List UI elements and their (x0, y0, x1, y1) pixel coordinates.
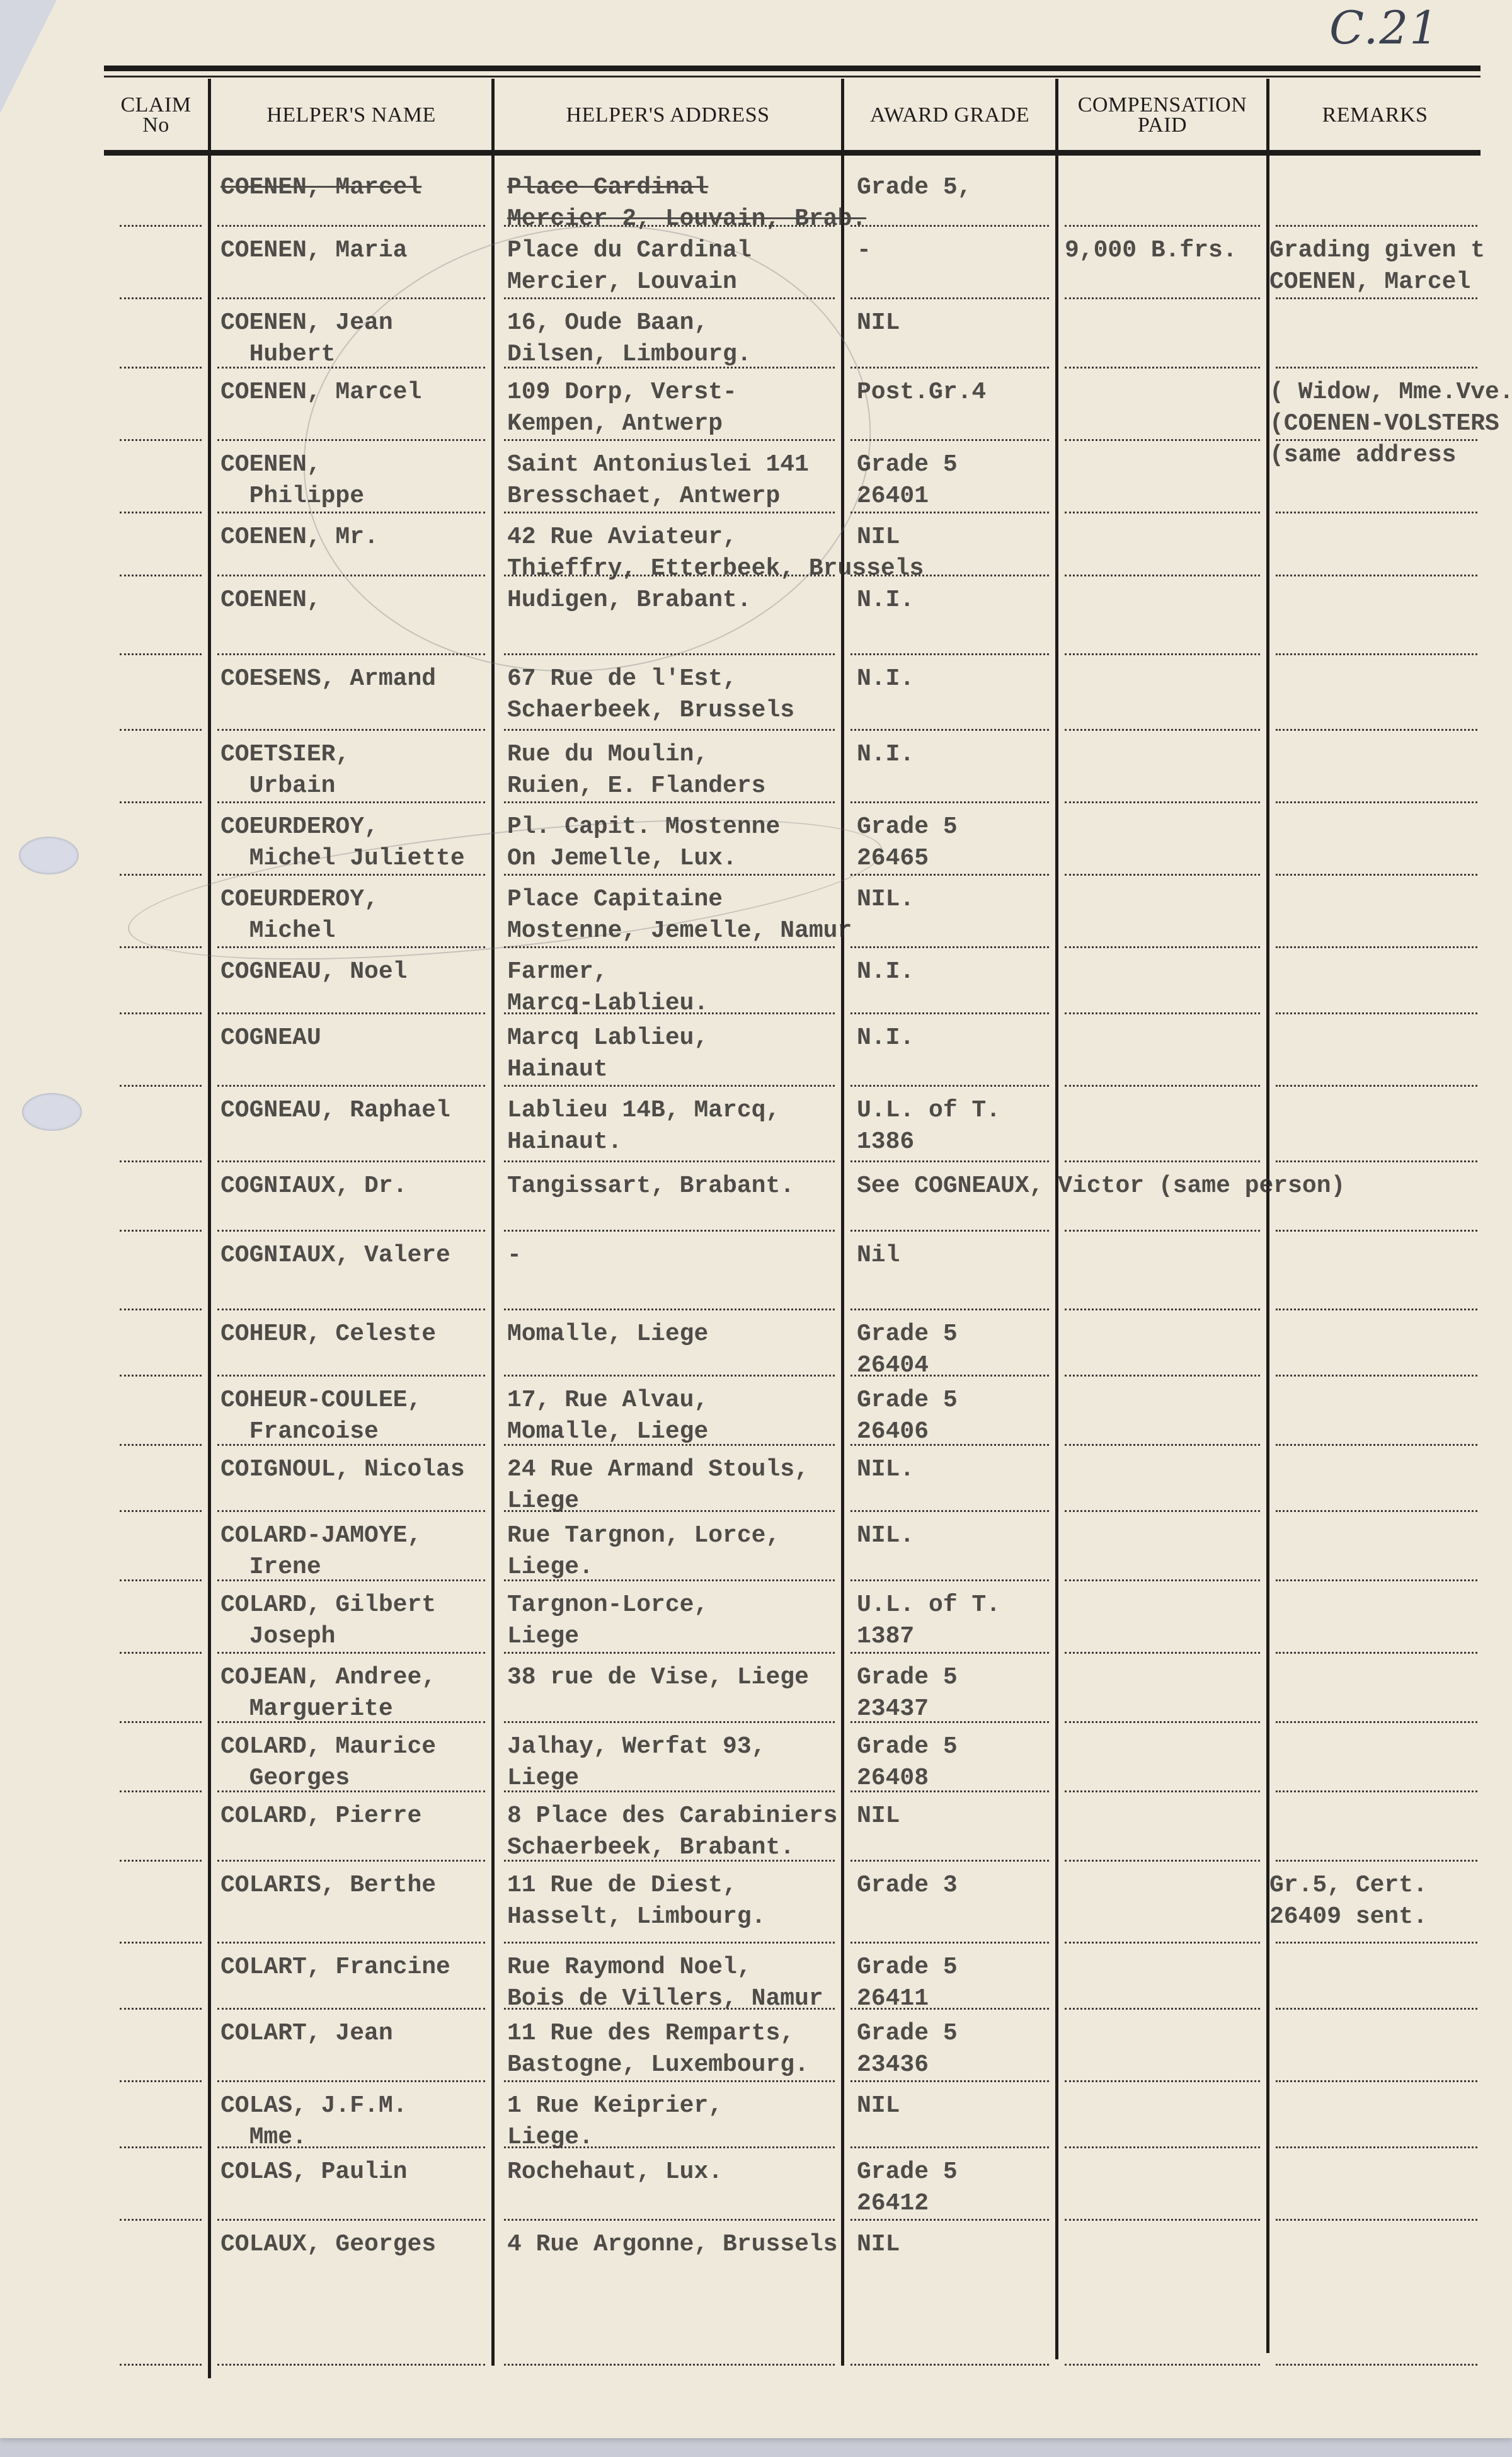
row-separator (120, 1012, 202, 1014)
row-separator (504, 297, 835, 299)
row-separator (1276, 1860, 1477, 1862)
row-separator (217, 575, 485, 576)
punch-hole (19, 837, 79, 874)
row-separator (504, 1160, 835, 1162)
row-separator (120, 1309, 202, 1310)
row-separator (217, 1860, 485, 1862)
cell-award: NIL (857, 2229, 900, 2260)
row-separator (504, 1721, 835, 1723)
row-separator (1276, 1444, 1477, 1446)
cell-award: Post.Gr.4 (857, 377, 986, 408)
cell-name: COLARIS, Berthe (220, 1870, 436, 1901)
row-separator (217, 874, 485, 876)
cell-award: NIL. (857, 884, 914, 915)
row-separator (120, 367, 202, 369)
cell-award: Grade 5 26406 (857, 1385, 958, 1448)
row-separator (504, 1444, 835, 1446)
row-separator (217, 801, 485, 803)
cell-remarks: Grading given t COENEN, Marcel (1269, 235, 1485, 298)
row-separator (120, 2364, 202, 2366)
cell-award: NIL (857, 1801, 900, 1832)
row-separator (120, 1160, 202, 1162)
row-separator (120, 874, 202, 876)
row-separator (120, 801, 202, 803)
cell-name: COLARD-JAMOYE, Irene (220, 1520, 421, 1583)
row-separator (504, 1012, 835, 1014)
row-separator (217, 1721, 485, 1723)
row-separator (850, 1012, 1049, 1014)
row-separator (850, 1085, 1049, 1087)
row-separator (850, 367, 1049, 369)
cell-name: COETSIER, Urbain (220, 739, 350, 802)
row-separator (217, 1579, 485, 1581)
cell-award: NIL (857, 307, 900, 339)
row-separator (120, 1721, 202, 1723)
row-separator (217, 1230, 485, 1232)
cell-award: - (857, 235, 871, 266)
row-separator (120, 439, 202, 441)
cell-name: COENEN, Philippe (220, 449, 364, 512)
row-separator (1065, 1942, 1260, 1944)
row-separator (504, 1790, 835, 1792)
cell-name: COLARD, Pierre (220, 1801, 421, 1832)
row-separator (1276, 1790, 1477, 1792)
row-separator (1065, 1790, 1260, 1792)
row-separator (217, 2008, 485, 2010)
row-separator (1065, 1652, 1260, 1654)
row-separator (504, 801, 835, 803)
row-separator (504, 1579, 835, 1581)
cell-name: COEURDEROY, Michel (220, 884, 379, 947)
row-separator (1276, 439, 1477, 441)
row-separator (1065, 874, 1260, 876)
cell-address: Rue du Moulin, Ruien, E. Flanders (507, 739, 765, 802)
row-separator (504, 225, 835, 227)
cell-award: N.I. (857, 956, 914, 988)
row-separator (1276, 874, 1477, 876)
page-reference: C.21 (1329, 1, 1440, 54)
row-separator (504, 575, 835, 576)
cell-name: COHEUR-COULEE, Francoise (220, 1385, 421, 1448)
row-separator (120, 1652, 202, 1654)
row-separator (120, 2219, 202, 2221)
row-separator (850, 1444, 1049, 1446)
row-separator (217, 225, 485, 227)
row-separator (1065, 2008, 1260, 2010)
row-separator (850, 653, 1049, 655)
row-separator (1065, 1721, 1260, 1723)
cell-address: Hudigen, Brabant. (507, 585, 752, 616)
row-separator (217, 2146, 485, 2148)
column-header-helper-address: HELPER'S ADDRESS (495, 82, 841, 148)
cell-address: 1 Rue Keiprier, Liege. (507, 2090, 723, 2153)
row-separator (1065, 2146, 1260, 2148)
cell-address: Place Capitaine Mostenne, Jemelle, Namur (507, 884, 852, 947)
row-separator (1276, 2364, 1477, 2366)
row-separator (1065, 439, 1260, 441)
cell-name: COLAUX, Georges (220, 2229, 436, 2260)
row-separator (120, 225, 202, 227)
cell-name: COLAS, J.F.M. Mme. (220, 2090, 407, 2153)
row-separator (217, 439, 485, 441)
row-separator (850, 575, 1049, 576)
cell-address: Rochehaut, Lux. (507, 2156, 723, 2188)
header-top-rule (104, 66, 1480, 71)
row-separator (1276, 297, 1477, 299)
row-separator (1065, 1085, 1260, 1087)
row-separator (1276, 1579, 1477, 1581)
column-header-claim-no: CLAIM No (104, 82, 208, 148)
cell-remarks: Gr.5, Cert. 26409 sent. (1269, 1870, 1428, 1933)
cell-address: Targnon-Lorce, Liege (507, 1589, 708, 1652)
row-separator (850, 1721, 1049, 1723)
row-separator (504, 512, 835, 513)
row-separator (1065, 2364, 1260, 2366)
row-separator (850, 1579, 1049, 1581)
row-separator (217, 1160, 485, 1162)
row-separator (850, 225, 1049, 227)
cell-name: COGNIAUX, Dr. (220, 1171, 407, 1202)
cell-name: COENEN, Mr. (220, 522, 379, 553)
row-separator (1065, 1375, 1260, 1377)
row-separator (1276, 512, 1477, 513)
row-separator (850, 1230, 1049, 1232)
row-separator (1276, 225, 1477, 227)
row-separator (850, 2080, 1049, 2082)
row-separator (120, 1860, 202, 1862)
row-separator (1276, 575, 1477, 576)
cell-address: Jalhay, Werfat 93, Liege (507, 1731, 765, 1794)
row-separator (1276, 653, 1477, 655)
cell-address: 11 Rue des Remparts, Bastogne, Luxembour… (507, 2018, 809, 2081)
row-separator (217, 2080, 485, 2082)
cell-address: Place du Cardinal Mercier, Louvain (507, 235, 752, 298)
row-separator (504, 1652, 835, 1654)
row-separator (850, 439, 1049, 441)
column-divider (1055, 79, 1058, 2359)
row-separator (504, 367, 835, 369)
row-separator (850, 729, 1049, 731)
cell-name: COHEUR, Celeste (220, 1319, 436, 1350)
row-separator (850, 297, 1049, 299)
row-separator (504, 1375, 835, 1377)
row-separator (1065, 512, 1260, 513)
column-header-compensation-paid: COMPENSATION PAID (1058, 82, 1266, 148)
row-separator (504, 1510, 835, 1512)
cell-address: Farmer, Marcq-Lablieu. (507, 956, 708, 1019)
row-separator (217, 1444, 485, 1446)
row-separator (120, 575, 202, 576)
row-separator (217, 367, 485, 369)
cell-award: N.I. (857, 585, 914, 616)
cell-name: COJEAN, Andree, Marguerite (220, 1662, 436, 1725)
cell-address: 8 Place des Carabiniers Schaerbeek, Brab… (507, 1801, 838, 1864)
cell-award: Grade 5 26408 (857, 1731, 958, 1794)
column-header-helper-name: HELPER'S NAME (211, 82, 491, 148)
row-separator (1276, 367, 1477, 369)
row-separator (850, 946, 1049, 948)
cell-name: COENEN, (220, 585, 321, 616)
cell-name: COENEN, Maria (220, 235, 407, 266)
header-bottom-rule (104, 150, 1480, 156)
row-separator (1276, 1652, 1477, 1654)
row-separator (504, 729, 835, 731)
row-separator (217, 1085, 485, 1087)
cell-award: N.I. (857, 1022, 914, 1054)
row-separator (1276, 1160, 1477, 1162)
row-separator (1276, 946, 1477, 948)
row-separator (1276, 2219, 1477, 2221)
cell-comp: 9,000 B.frs. (1065, 235, 1237, 266)
row-separator (1276, 2080, 1477, 2082)
cell-name: COIGNOUL, Nicolas (220, 1454, 465, 1486)
row-separator (217, 729, 485, 731)
cell-name: COLARD, Gilbert Joseph (220, 1589, 436, 1652)
row-separator (217, 2219, 485, 2221)
row-separator (1276, 801, 1477, 803)
row-separator (1065, 1160, 1260, 1162)
punch-hole (22, 1093, 82, 1131)
row-separator (850, 1652, 1049, 1654)
cell-address: 67 Rue de l'Est, Schaerbeek, Brussels (507, 663, 794, 726)
cell-name: COLART, Francine (220, 1952, 450, 1983)
row-separator (504, 2080, 835, 2082)
cell-address: Rue Targnon, Lorce, Liege. (507, 1520, 780, 1583)
row-separator (504, 946, 835, 948)
row-separator (1065, 1860, 1260, 1862)
row-separator (504, 1309, 835, 1310)
row-separator (120, 512, 202, 513)
row-separator (1276, 1085, 1477, 1087)
row-separator (504, 1085, 835, 1087)
header-top-thin-rule (104, 76, 1480, 77)
row-separator (120, 729, 202, 731)
row-separator (1276, 1309, 1477, 1310)
cell-name: COGNEAU (220, 1022, 321, 1054)
cell-address: 11 Rue de Diest, Hasselt, Limbourg. (507, 1870, 765, 1933)
row-separator (850, 874, 1049, 876)
row-separator (1276, 2008, 1477, 2010)
row-separator (217, 1942, 485, 1944)
cell-address: 24 Rue Armand Stouls, Liege (507, 1454, 809, 1517)
document-page: C.21 CLAIM No HELPER'S NAME HELPER'S ADD… (0, 0, 1512, 2438)
cell-award: Grade 5 26412 (857, 2156, 958, 2219)
row-separator (850, 512, 1049, 513)
row-separator (1065, 225, 1260, 227)
cell-award: Grade 5, (857, 172, 971, 203)
cell-award: NIL. (857, 1454, 914, 1486)
row-separator (120, 1579, 202, 1581)
cell-name: COGNIAUX, Valere (220, 1240, 450, 1271)
cell-award: U.L. of T. 1387 (857, 1589, 1000, 1652)
cell-name: COESENS, Armand (220, 663, 436, 695)
row-separator (1065, 801, 1260, 803)
row-separator (1065, 575, 1260, 576)
row-separator (850, 2219, 1049, 2221)
row-separator (120, 653, 202, 655)
row-separator (1065, 1309, 1260, 1310)
row-separator (217, 1012, 485, 1014)
row-separator (120, 1444, 202, 1446)
row-separator (1276, 1012, 1477, 1014)
row-separator (504, 2364, 835, 2366)
folded-corner (0, 0, 57, 113)
row-separator (120, 1085, 202, 1087)
cell-address: - (507, 1240, 522, 1271)
cell-address: Marcq Lablieu, Hainaut (507, 1022, 708, 1085)
cell-address: 38 rue de Vise, Liege (507, 1662, 809, 1693)
row-separator (1065, 1444, 1260, 1446)
row-separator (850, 1160, 1049, 1162)
cell-address: 109 Dorp, Verst- Kempen, Antwerp (507, 377, 737, 440)
cell-award: Grade 5 23436 (857, 2018, 958, 2081)
row-separator (1276, 1721, 1477, 1723)
cell-name: COLAS, Paulin (220, 2156, 407, 2188)
row-separator (504, 653, 835, 655)
cell-award: Nil (857, 1240, 900, 1271)
row-separator (120, 1230, 202, 1232)
row-separator (850, 1510, 1049, 1512)
cell-award: NIL. (857, 1520, 914, 1552)
row-separator (850, 1942, 1049, 1944)
row-separator (504, 2008, 835, 2010)
row-separator (217, 946, 485, 948)
cell-address: 16, Oude Baan, Dilsen, Limbourg. (507, 307, 752, 370)
cell-award: Grade 5 26411 (857, 1952, 958, 2015)
row-separator (217, 1652, 485, 1654)
cell-remarks: ( Widow, Mme.Vve. (COENEN-VOLSTERS (same… (1269, 377, 1512, 471)
cell-address: Rue Raymond Noel, Bois de Villers, Namur (507, 1952, 823, 2015)
row-separator (217, 2364, 485, 2366)
row-separator (1065, 1230, 1260, 1232)
row-separator (1276, 1942, 1477, 1944)
cell-name: COGNEAU, Noel (220, 956, 407, 988)
row-separator (504, 2219, 835, 2221)
row-separator (1065, 1012, 1260, 1014)
row-separator (504, 2146, 835, 2148)
cell-award: N.I. (857, 663, 914, 695)
cell-award: Grade 3 (857, 1870, 958, 1901)
row-separator (1276, 1375, 1477, 1377)
cell-name: COENEN, Marcel (220, 377, 421, 408)
column-divider (208, 79, 211, 2378)
row-separator (120, 2146, 202, 2148)
row-separator (217, 1790, 485, 1792)
row-separator (120, 946, 202, 948)
cell-award: NIL (857, 2090, 900, 2122)
row-separator (217, 1309, 485, 1310)
cell-address: Saint Antoniuslei 141 Bresschaet, Antwer… (507, 449, 809, 512)
row-separator (850, 1790, 1049, 1792)
row-separator (850, 2364, 1049, 2366)
cell-name: COENEN, Jean Hubert (220, 307, 393, 370)
row-separator (850, 2008, 1049, 2010)
cell-name: COGNEAU, Raphael (220, 1095, 450, 1126)
row-separator (850, 1375, 1049, 1377)
row-separator (120, 1375, 202, 1377)
row-separator (504, 1230, 835, 1232)
cell-address: Lablieu 14B, Marcq, Hainaut. (507, 1095, 780, 1158)
cell-award: N.I. (857, 739, 914, 770)
column-header-remarks: REMARKS (1269, 82, 1480, 148)
row-separator (504, 439, 835, 441)
row-separator (850, 801, 1049, 803)
row-separator (1065, 2219, 1260, 2221)
row-separator (1065, 653, 1260, 655)
cell-address: 17, Rue Alvau, Momalle, Liege (507, 1385, 708, 1448)
row-separator (850, 1860, 1049, 1862)
row-separator (1065, 297, 1260, 299)
row-separator (504, 874, 835, 876)
cell-name: COEURDEROY, Michel Juliette (220, 811, 465, 874)
column-header-award-grade: AWARD GRADE (844, 82, 1055, 148)
cell-name: COENEN, Marcel (220, 172, 421, 203)
row-separator (1276, 729, 1477, 731)
row-separator (217, 1510, 485, 1512)
cell-name: COLARD, Maurice Georges (220, 1731, 436, 1794)
cell-address: Momalle, Liege (507, 1319, 708, 1350)
row-separator (1065, 2080, 1260, 2082)
row-separator (850, 1309, 1049, 1310)
cell-name: COLART, Jean (220, 2018, 393, 2049)
cell-address: Tangissart, Brabant. (507, 1171, 794, 1202)
row-separator (1065, 729, 1260, 731)
row-separator (120, 1510, 202, 1512)
row-separator (120, 1942, 202, 1944)
row-separator (1276, 1510, 1477, 1512)
cell-address: Pl. Capit. Mostenne On Jemelle, Lux. (507, 811, 780, 874)
row-separator (1065, 1510, 1260, 1512)
cell-award: NIL (857, 522, 900, 553)
cell-award: Grade 5 26465 (857, 811, 958, 874)
cell-address: 4 Rue Argonne, Brussels (507, 2229, 838, 2260)
row-separator (120, 2080, 202, 2082)
cell-award: See COGNEAUX, Victor (same person) (857, 1171, 1345, 1202)
row-separator (850, 2146, 1049, 2148)
row-separator (120, 1790, 202, 1792)
row-separator (1276, 1230, 1477, 1232)
row-separator (217, 297, 485, 299)
cell-award: Grade 5 23437 (857, 1662, 958, 1725)
row-separator (217, 653, 485, 655)
row-separator (120, 2008, 202, 2010)
row-separator (1276, 2146, 1477, 2148)
row-separator (120, 297, 202, 299)
row-separator (217, 1375, 485, 1377)
row-separator (1065, 946, 1260, 948)
row-separator (504, 1860, 835, 1862)
row-separator (217, 512, 485, 513)
cell-award: Grade 5 26404 (857, 1319, 958, 1382)
cell-award: U.L. of T. 1386 (857, 1095, 1000, 1158)
row-separator (1065, 367, 1260, 369)
cell-award: Grade 5 26401 (857, 449, 958, 512)
row-separator (1065, 1579, 1260, 1581)
row-separator (504, 1942, 835, 1944)
